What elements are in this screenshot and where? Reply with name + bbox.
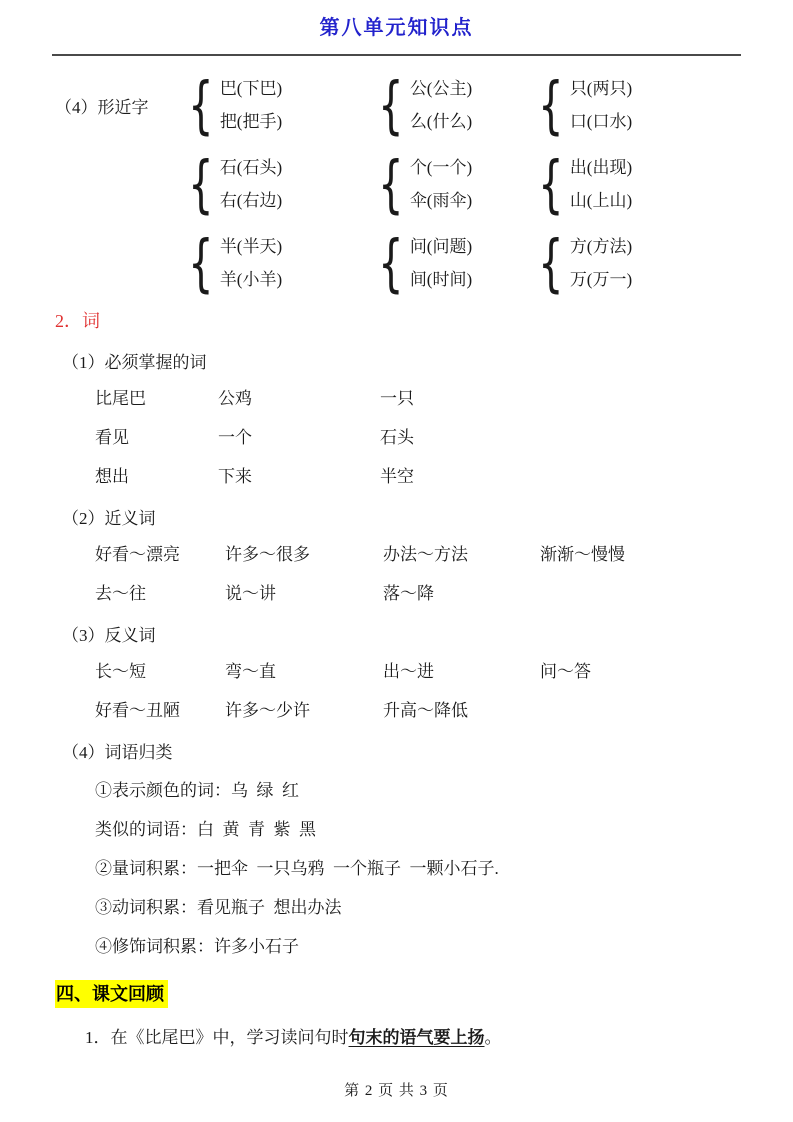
word-item: 半空 xyxy=(380,465,793,489)
word-pair: 落～降 xyxy=(383,582,540,606)
category-item-colors: ①表示颜色的词：乌 绿 红 xyxy=(95,779,793,803)
word-pair: 长～短 xyxy=(95,660,225,684)
word-pair: 好看～漂亮 xyxy=(95,543,225,567)
section-heading-ci: 2．词 xyxy=(55,309,793,333)
char-pair-bottom: 把(把手) xyxy=(220,105,282,138)
page-title: 第八单元知识点 xyxy=(0,0,793,41)
review-item-suffix: 。 xyxy=(485,1028,502,1047)
char-pair-group: { 公(公主) 么(什么) xyxy=(375,72,535,138)
word-pair: 办法～方法 xyxy=(383,543,540,567)
left-brace-glyph: { xyxy=(188,74,213,137)
subheading-must-know: （1）必须掌握的词 xyxy=(62,351,793,375)
char-pair-top: 只(两只) xyxy=(570,72,632,105)
char-pair-bottom: 右(右边) xyxy=(220,184,282,217)
word-item: 想出 xyxy=(95,465,218,489)
char-pair-bottom: 么(什么) xyxy=(410,105,472,138)
category-item-verbs: ③动词积累：看见瓶子 想出办法 xyxy=(95,896,793,920)
subheading-antonyms: （3）反义词 xyxy=(62,624,793,648)
section-xingjinzi: （4）形近字 { 巴(下巴) 把(把手) { 公(公主) 么(什么) { 只(两… xyxy=(55,72,793,296)
synonyms-word-grid: 好看～漂亮 许多～很多 办法～方法 渐渐～慢慢 去～往 说～讲 落～降 xyxy=(95,543,793,606)
left-brace-glyph: { xyxy=(378,232,403,295)
left-brace-glyph: { xyxy=(538,74,563,137)
word-pair: 说～讲 xyxy=(225,582,383,606)
header-divider xyxy=(52,54,741,56)
must-know-word-grid: 比尾巴 公鸡 一只 看见 一个 石头 想出 下来 半空 xyxy=(95,387,793,489)
section-heading-review: 四、课文回顾 xyxy=(55,980,168,1008)
xingjinzi-label: （4）形近字 xyxy=(55,93,185,118)
category-item-modifiers: ④修饰词积累：许多小石子 xyxy=(95,935,793,959)
char-pair-group: { 只(两只) 口(口水) xyxy=(535,72,725,138)
char-pair-group: { 巴(下巴) 把(把手) xyxy=(185,72,375,138)
word-item: 公鸡 xyxy=(218,387,380,411)
char-pair-top: 半(半天) xyxy=(220,230,282,263)
word-item: 一个 xyxy=(218,426,380,450)
review-item-1: 1．在《比尾巴》中，学习读问句时句末的语气要上扬。 xyxy=(85,1025,793,1051)
category-item-measure-words: ②量词积累：一把伞 一只乌鸦 一个瓶子 一颗小石子. xyxy=(95,857,793,881)
xingjinzi-row: { 石(石头) 右(右边) { 个(一个) 伞(雨伞) { 出(出现) 山(上山… xyxy=(55,151,793,217)
word-pair xyxy=(540,582,793,606)
left-brace-glyph: { xyxy=(188,153,213,216)
char-pair-top: 巴(下巴) xyxy=(220,72,282,105)
category-list: ①表示颜色的词：乌 绿 红 类似的词语：白 黄 青 紫 黑 ②量词积累：一把伞 … xyxy=(95,779,793,959)
word-item: 比尾巴 xyxy=(95,387,218,411)
word-item: 看见 xyxy=(95,426,218,450)
word-item: 石头 xyxy=(380,426,793,450)
word-pair: 出～进 xyxy=(383,660,540,684)
left-brace-glyph: { xyxy=(538,232,563,295)
word-pair: 去～往 xyxy=(95,582,225,606)
word-item: 下来 xyxy=(218,465,380,489)
char-pair-top: 石(石头) xyxy=(220,151,282,184)
char-pair-top: 问(问题) xyxy=(410,230,472,263)
word-pair: 升高～降低 xyxy=(383,699,540,723)
antonyms-word-grid: 长～短 弯～直 出～进 问～答 好看～丑陋 许多～少许 升高～降低 xyxy=(95,660,793,723)
review-item-prefix: 1．在《比尾巴》中，学习读问句时 xyxy=(85,1028,349,1047)
word-pair: 问～答 xyxy=(540,660,793,684)
word-pair: 渐渐～慢慢 xyxy=(540,543,793,567)
xingjinzi-row: （4）形近字 { 巴(下巴) 把(把手) { 公(公主) 么(什么) { 只(两… xyxy=(55,72,793,138)
char-pair-group: { 出(出现) 山(上山) xyxy=(535,151,725,217)
char-pair-top: 出(出现) xyxy=(570,151,632,184)
page-number-footer: 第 2 页 共 3 页 xyxy=(0,1079,793,1100)
char-pair-bottom: 羊(小羊) xyxy=(220,263,282,296)
review-item-emphasis: 句末的语气要上扬 xyxy=(349,1028,485,1047)
word-pair: 弯～直 xyxy=(225,660,383,684)
char-pair-bottom: 万(万一) xyxy=(570,263,632,296)
subheading-categories: （4）词语归类 xyxy=(62,741,793,765)
left-brace-glyph: { xyxy=(188,232,213,295)
char-pair-bottom: 口(口水) xyxy=(570,105,632,138)
char-pair-bottom: 伞(雨伞) xyxy=(410,184,472,217)
char-pair-group: { 个(一个) 伞(雨伞) xyxy=(375,151,535,217)
char-pair-group: { 问(问题) 间(时间) xyxy=(375,230,535,296)
category-item-similar-words: 类似的词语：白 黄 青 紫 黑 xyxy=(95,818,793,842)
left-brace-glyph: { xyxy=(378,153,403,216)
xingjinzi-row: { 半(半天) 羊(小羊) { 问(问题) 间(时间) { 方(方法) 万(万一… xyxy=(55,230,793,296)
char-pair-group: { 方(方法) 万(万一) xyxy=(535,230,725,296)
char-pair-top: 公(公主) xyxy=(410,72,472,105)
subheading-synonyms: （2）近义词 xyxy=(62,507,793,531)
char-pair-top: 个(一个) xyxy=(410,151,472,184)
char-pair-bottom: 间(时间) xyxy=(410,263,472,296)
left-brace-glyph: { xyxy=(378,74,403,137)
word-pair xyxy=(540,699,793,723)
left-brace-glyph: { xyxy=(538,153,563,216)
word-pair: 好看～丑陋 xyxy=(95,699,225,723)
char-pair-top: 方(方法) xyxy=(570,230,632,263)
word-pair: 许多～少许 xyxy=(225,699,383,723)
word-item: 一只 xyxy=(380,387,793,411)
char-pair-group: { 石(石头) 右(右边) xyxy=(185,151,375,217)
char-pair-group: { 半(半天) 羊(小羊) xyxy=(185,230,375,296)
word-pair: 许多～很多 xyxy=(225,543,383,567)
char-pair-bottom: 山(上山) xyxy=(570,184,632,217)
document-page: 第八单元知识点 （4）形近字 { 巴(下巴) 把(把手) { 公(公主) 么(什… xyxy=(0,0,793,1122)
